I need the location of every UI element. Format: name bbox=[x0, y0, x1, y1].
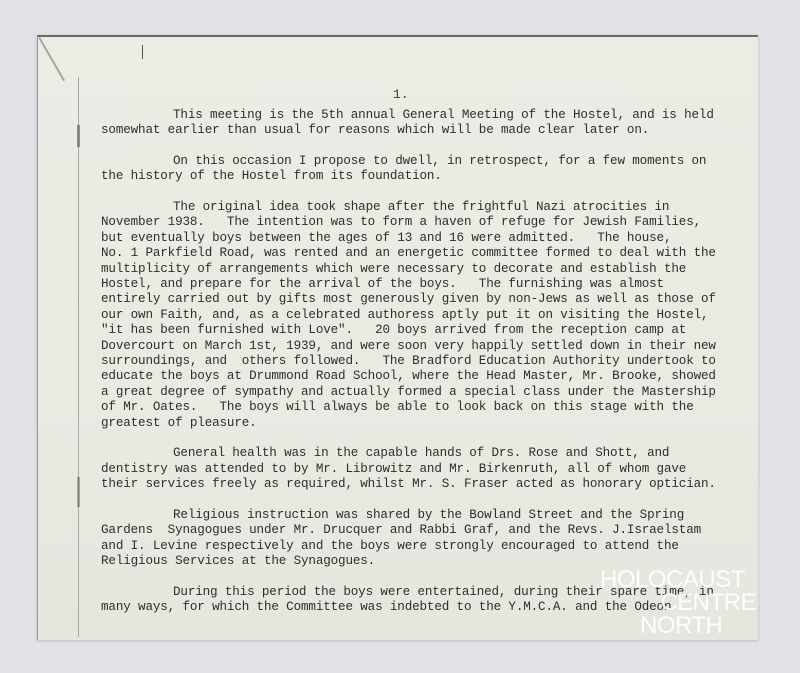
text-line: and I. Levine respectively and the boys … bbox=[101, 539, 751, 554]
page-number: 1. bbox=[393, 87, 409, 102]
document-page: 1. This meeting is the 5th annual Genera… bbox=[37, 35, 758, 640]
text-line: of Mr. Oates. The boys will always be ab… bbox=[101, 400, 751, 415]
text-line: the history of the Hostel from its found… bbox=[101, 169, 751, 184]
text-line: Gardens Synagogues under Mr. Drucquer an… bbox=[101, 523, 751, 538]
watermark-line-1: HOLOCAUST bbox=[600, 568, 760, 591]
watermark-line-2: CENTRE bbox=[600, 591, 760, 614]
text-line: educate the boys at Drummond Road School… bbox=[101, 369, 751, 384]
text-line: General health was in the capable hands … bbox=[101, 446, 751, 461]
document-body: This meeting is the 5th annual General M… bbox=[101, 108, 751, 631]
staple-mark bbox=[77, 125, 80, 147]
paragraph: On this occasion I propose to dwell, in … bbox=[101, 154, 751, 185]
paragraph: Religious instruction was shared by the … bbox=[101, 508, 751, 570]
watermark-line-3: NORTH bbox=[600, 614, 760, 637]
staple-mark bbox=[77, 477, 80, 507]
text-line: This meeting is the 5th annual General M… bbox=[101, 108, 751, 123]
holocaust-centre-north-watermark: HOLOCAUST CENTRE NORTH bbox=[600, 568, 760, 640]
paragraph: General health was in the capable hands … bbox=[101, 446, 751, 492]
text-line: multiplicity of arrangements which were … bbox=[101, 262, 751, 277]
text-line: Hostel, and prepare for the arrival of t… bbox=[101, 277, 751, 292]
text-line: Dovercourt on March 1st, 1939, and were … bbox=[101, 339, 751, 354]
corner-crease bbox=[38, 37, 65, 81]
paragraph: The original idea took shape after the f… bbox=[101, 200, 751, 431]
text-line: "it has been furnished with Love". 20 bo… bbox=[101, 323, 751, 338]
text-line: entirely carried out by gifts most gener… bbox=[101, 292, 751, 307]
text-line: No. 1 Parkfield Road, was rented and an … bbox=[101, 246, 751, 261]
margin-tick bbox=[142, 45, 143, 59]
text-line: but eventually boys between the ages of … bbox=[101, 231, 751, 246]
text-line: surroundings, and others followed. The B… bbox=[101, 354, 751, 369]
text-line: our own Faith, and, as a celebrated auth… bbox=[101, 308, 751, 323]
paragraph: This meeting is the 5th annual General M… bbox=[101, 108, 751, 139]
text-line: November 1938. The intention was to form… bbox=[101, 215, 751, 230]
text-line: their services freely as required, whils… bbox=[101, 477, 751, 492]
text-line: Religious instruction was shared by the … bbox=[101, 508, 751, 523]
text-line: On this occasion I propose to dwell, in … bbox=[101, 154, 751, 169]
text-line: greatest of pleasure. bbox=[101, 416, 751, 431]
text-line: somewhat earlier than usual for reasons … bbox=[101, 123, 751, 138]
fold-line bbox=[78, 77, 79, 637]
text-line: a great degree of sympathy and actually … bbox=[101, 385, 751, 400]
text-line: dentistry was attended to by Mr. Librowi… bbox=[101, 462, 751, 477]
text-line: The original idea took shape after the f… bbox=[101, 200, 751, 215]
